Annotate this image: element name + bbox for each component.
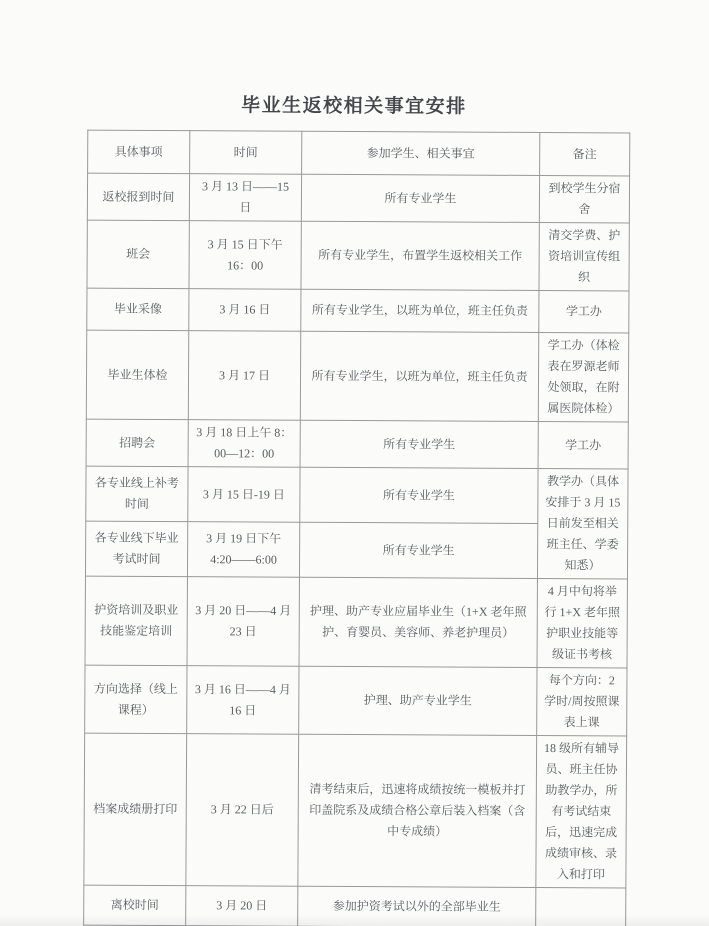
cell-time: 3 月 22 日后 <box>186 734 299 887</box>
cell-participants: 护理、助产专业学生 <box>299 666 537 735</box>
cell-time: 3 月 13 日——15 日 <box>189 174 301 222</box>
schedule-table-body: 返校报到时间3 月 13 日——15 日所有专业学生到校学生分宿舍班会3 月 1… <box>84 173 630 926</box>
table-row: 各专业线上补考时间3 月 15 日-19 日所有专业学生教学办（具体安排于 3 … <box>86 466 628 524</box>
cell-note: 教学办（具体安排于 3 月 15 日前发至相关班主任、学委知悉） <box>537 468 628 578</box>
table-row: 档案成绩册打印3 月 22 日后清考结束后，迅速将成绩按统一模板并打印盖院系及成… <box>84 733 627 888</box>
cell-participants: 参加护资考试以外的全部毕业生 <box>298 886 536 926</box>
cell-note: 每个方向：2 学时/周按照课表上课 <box>537 667 627 735</box>
cell-item: 方向选择（线上课程） <box>85 665 187 734</box>
cell-item: 招聘会 <box>86 419 188 467</box>
cell-item: 班会 <box>87 220 189 289</box>
table-row: 离校时间3 月 20 日参加护资考试以外的全部毕业生 <box>84 885 626 926</box>
table-row: 班会3 月 15 日下午 16：00所有专业学生，布置学生返校相关工作清交学费、… <box>87 220 629 291</box>
cell-participants: 所有专业学生 <box>301 174 539 222</box>
cell-participants: 所有专业学生，以班为单位，班主任负责 <box>301 289 539 332</box>
header-item: 具体事项 <box>88 130 190 174</box>
cell-time: 3 月 20 日 <box>186 886 298 926</box>
cell-note: 到校学生分宿舍 <box>539 175 629 222</box>
header-note: 备注 <box>540 132 630 175</box>
cell-time: 3 月 15 日-19 日 <box>188 467 300 523</box>
document-content: 毕业生返校相关事宜安排 具体事项 时间 参加学生、相关事宜 备注 返校报到时间3… <box>0 0 709 926</box>
cell-item: 返校报到时间 <box>87 173 189 221</box>
cell-participants: 所有专业学生，以班为单位，班主任负责 <box>300 331 538 421</box>
cell-time: 3 月 18 日上午 8：00—12：00 <box>188 420 300 468</box>
cell-note: 学工办（体检表在罗源老师处领取，在附属医院体检） <box>538 332 628 421</box>
cell-time: 3 月 19 日下午 4:20——6:00 <box>187 522 299 578</box>
cell-time: 3 月 16 日 <box>189 289 301 332</box>
table-row: 招聘会3 月 18 日上午 8：00—12：00所有专业学生学工办 <box>86 419 628 469</box>
header-time: 时间 <box>190 131 302 175</box>
cell-note: 学工办 <box>538 421 628 468</box>
cell-participants: 所有专业学生 <box>300 467 538 523</box>
cell-note: 学工办 <box>539 290 629 332</box>
cell-item: 档案成绩册打印 <box>84 733 187 886</box>
cell-participants: 清考结束后，迅速将成绩按统一模板并打印盖院系及成绩合格公章后装入档案（含中专成绩… <box>298 734 537 887</box>
table-row: 毕业生体检3 月 17 日所有专业学生，以班为单位，班主任负责学工办（体检表在罗… <box>86 330 628 422</box>
cell-item: 各专业线下毕业考试时间 <box>85 521 187 577</box>
cell-item: 离校时间 <box>84 885 186 926</box>
cell-time: 3 月 20 日——4 月 23 日 <box>187 577 299 667</box>
cell-time: 3 月 16 日——4 月 16 日 <box>187 666 299 735</box>
cell-participants: 所有专业学生，布置学生返校相关工作 <box>301 221 539 290</box>
cell-item: 毕业生体检 <box>86 330 188 420</box>
table-row: 毕业采像3 月 16 日所有专业学生，以班为单位，班主任负责学工办 <box>87 288 629 333</box>
cell-time: 3 月 15 日下午 16：00 <box>189 221 301 290</box>
schedule-table-head: 具体事项 时间 参加学生、相关事宜 备注 <box>88 130 630 176</box>
table-header-row: 具体事项 时间 参加学生、相关事宜 备注 <box>88 130 630 176</box>
cell-note: 18 级所有辅导员、班主任协助教学办，所有考试结束后，迅速完成成绩审核、录入和打… <box>536 735 627 887</box>
header-participants: 参加学生、相关事宜 <box>302 131 540 175</box>
cell-time: 3 月 17 日 <box>188 331 300 421</box>
cell-item: 各专业线上补考时间 <box>86 466 188 522</box>
schedule-table: 具体事项 时间 参加学生、相关事宜 备注 返校报到时间3 月 13 日——15 … <box>83 130 630 926</box>
cell-participants: 所有专业学生 <box>299 522 537 578</box>
scanned-document-page: 毕业生返校相关事宜安排 具体事项 时间 参加学生、相关事宜 备注 返校报到时间3… <box>0 0 709 926</box>
cell-participants: 所有专业学生 <box>300 420 538 468</box>
cell-note <box>536 887 626 926</box>
document-title: 毕业生返校相关事宜安排 <box>0 0 709 120</box>
cell-note: 4 月中旬将举行 1+X 老年照护职业技能等级证书考核 <box>537 578 627 667</box>
table-row: 方向选择（线上课程）3 月 16 日——4 月 16 日护理、助产专业学生每个方… <box>85 665 627 736</box>
table-row: 返校报到时间3 月 13 日——15 日所有专业学生到校学生分宿舍 <box>87 173 629 223</box>
cell-item: 毕业采像 <box>87 288 189 331</box>
cell-participants: 护理、助产专业应届毕业生（1+X 老年照护、育婴员、美容师、养老护理员） <box>299 577 537 667</box>
cell-note: 清交学费、护资培训宣传组织 <box>539 222 629 290</box>
cell-item: 护资培训及职业技能鉴定培训 <box>85 576 187 666</box>
table-row: 护资培训及职业技能鉴定培训3 月 20 日——4 月 23 日护理、助产专业应届… <box>85 576 627 668</box>
